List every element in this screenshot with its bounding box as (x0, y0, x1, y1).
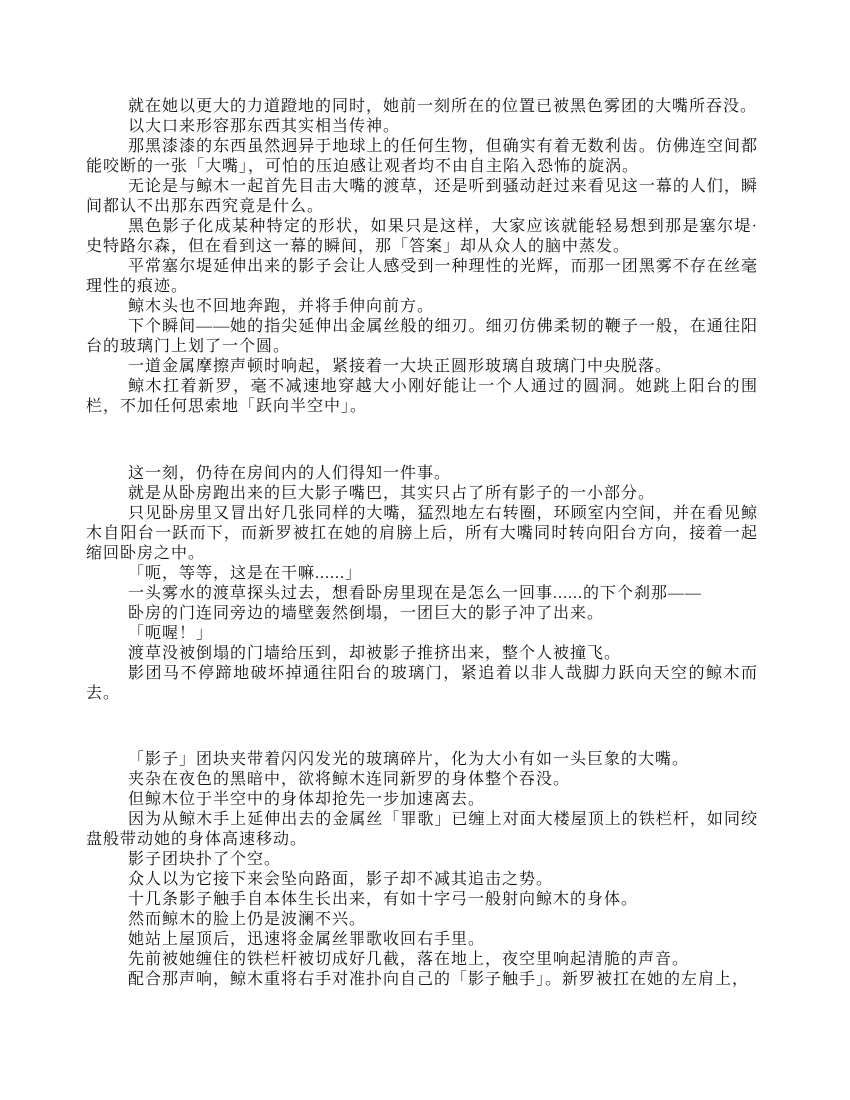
paragraph: 影子团块扑了个空。 (86, 850, 758, 870)
paragraph: 「影子」团块夹带着闪闪发光的玻璃碎片，化为大小有如一头巨象的大嘴。 (86, 750, 758, 770)
paragraph: 下个瞬间——她的指尖延伸出金属丝般的细刃。细刃仿佛柔韧的鞭子一般，在通往阳台的玻… (86, 317, 758, 357)
paragraph: 她站上屋顶后，迅速将金属丝罪歌收回右手里。 (86, 930, 758, 950)
text-section-1: 就在她以更大的力道蹬地的同时，她前一刻所在的位置已被黑色雾团的大嘴所吞没。以大口… (86, 97, 758, 417)
paragraph: 鲸木扛着新罗，毫不减速地穿越大小刚好能让一个人通过的圆洞。她跳上阳台的围栏，不加… (86, 377, 758, 417)
paragraph: 影团马不停蹄地破坏掉通往阳台的玻璃门，紧追着以非人哉脚力跃向天空的鲸木而去。 (86, 664, 758, 704)
paragraph: 一道金属摩擦声顿时响起，紧接着一大块正圆形玻璃自玻璃门中央脱落。 (86, 357, 758, 377)
paragraph: 只见卧房里又冒出好几张同样的大嘴，猛烈地左右转圈，环顾室内空间，并在看见鲸木自阳… (86, 504, 758, 564)
paragraph: 「呃喔！」 (86, 624, 758, 644)
paragraph: 就是从卧房跑出来的巨大影子嘴巴，其实只占了所有影子的一小部分。 (86, 484, 758, 504)
paragraph: 因为从鲸木手上延伸出去的金属丝「罪歌」已缠上对面大楼屋顶上的铁栏杆，如同绞盘般带… (86, 810, 758, 850)
paragraph: 黑色影子化成某种特定的形状，如果只是这样，大家应该就能轻易想到那是塞尔堤·史特路… (86, 217, 758, 257)
paragraph: 先前被她缠住的铁栏杆被切成好几截，落在地上，夜空里响起清脆的声音。 (86, 950, 758, 970)
paragraph: 十几条影子触手自本体生长出来，有如十字弓一般射向鲸木的身体。 (86, 890, 758, 910)
paragraph: 配合那声响，鲸木重将右手对准扑向自己的「影子触手」。新罗被扛在她的左肩上， (86, 970, 758, 990)
paragraph: 一头雾水的渡草探头过去，想看卧房里现在是怎么一回事......的下个刹那—— (86, 584, 758, 604)
text-section-3: 「影子」团块夹带着闪闪发光的玻璃碎片，化为大小有如一头巨象的大嘴。夹杂在夜色的黑… (86, 750, 758, 990)
paragraph: 那黑漆漆的东西虽然迥异于地球上的任何生物，但确实有着无数利齿。仿佛连空间都能咬断… (86, 137, 758, 177)
paragraph: 然而鲸木的脸上仍是波澜不兴。 (86, 910, 758, 930)
paragraph: 无论是与鲸木一起首先目击大嘴的渡草，还是听到骚动赶过来看见这一幕的人们，瞬间都认… (86, 177, 758, 217)
novel-text-body: 就在她以更大的力道蹬地的同时，她前一刻所在的位置已被黑色雾团的大嘴所吞没。以大口… (86, 97, 758, 990)
paragraph: 众人以为它接下来会坠向路面，影子却不减其追击之势。 (86, 870, 758, 890)
paragraph: 卧房的门连同旁边的墙壁轰然倒塌，一团巨大的影子冲了出来。 (86, 604, 758, 624)
paragraph: 夹杂在夜色的黑暗中，欲将鲸木连同新罗的身体整个吞没。 (86, 770, 758, 790)
text-section-2: 这一刻，仍待在房间内的人们得知一件事。就是从卧房跑出来的巨大影子嘴巴，其实只占了… (86, 464, 758, 704)
paragraph: 这一刻，仍待在房间内的人们得知一件事。 (86, 464, 758, 484)
paragraph: 以大口来形容那东西其实相当传神。 (86, 117, 758, 137)
paragraph: 平常塞尔堤延伸出来的影子会让人感受到一种理性的光辉，而那一团黑雾不存在丝毫理性的… (86, 257, 758, 297)
paragraph: 鲸木头也不回地奔跑，并将手伸向前方。 (86, 297, 758, 317)
paragraph: 但鲸木位于半空中的身体却抢先一步加速离去。 (86, 790, 758, 810)
paragraph: 就在她以更大的力道蹬地的同时，她前一刻所在的位置已被黑色雾团的大嘴所吞没。 (86, 97, 758, 117)
paragraph: 「呃，等等，这是在干嘛......」 (86, 564, 758, 584)
paragraph: 渡草没被倒塌的门墙给压到，却被影子推挤出来，整个人被撞飞。 (86, 644, 758, 664)
